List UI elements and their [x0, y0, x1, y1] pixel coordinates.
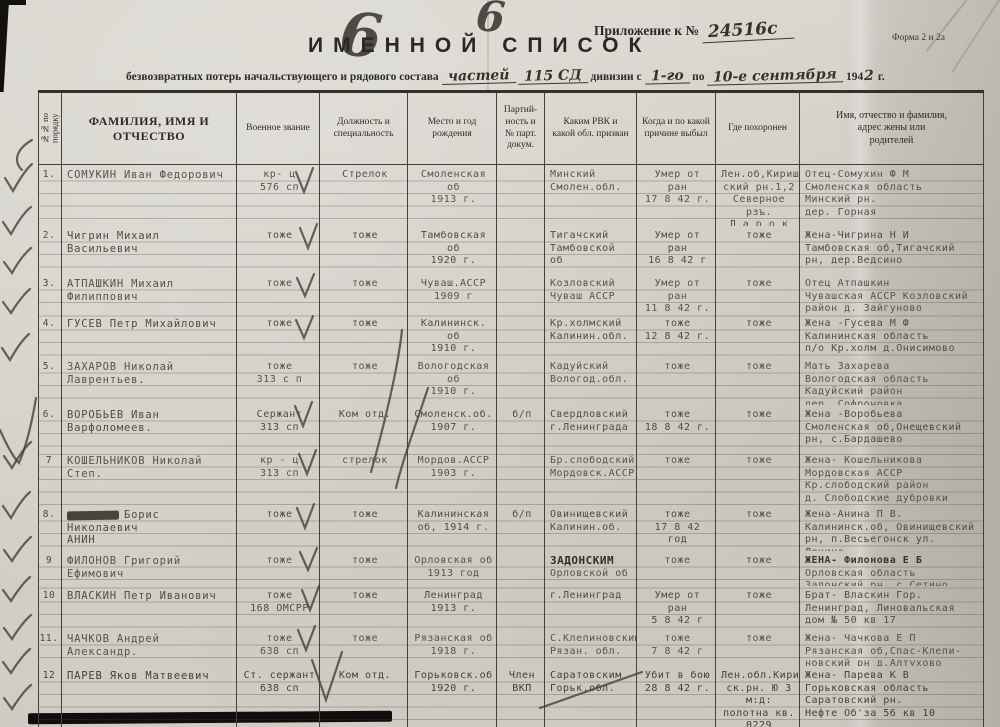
- cell-family-address: Отец Атпашкин Чувашская АССР Козловский …: [800, 274, 984, 314]
- cell-rank: тоже: [237, 274, 320, 314]
- cell-name: ВОРОБЬЕВ Иван Варфоломеев.: [62, 405, 237, 451]
- cell-party: [497, 629, 545, 666]
- header-rvk: Каким РВК и какой обл. призван: [545, 93, 637, 164]
- margin-check-mark: [3, 577, 30, 601]
- cell-party: [497, 551, 545, 586]
- table-row: 1. СОМУКИН Иван Федорович кр- ц 576 сп С…: [38, 165, 984, 226]
- header-family-address: Имя, отчество и фамилия, адрес жены или …: [800, 93, 984, 164]
- subtitle-printed: безвозвратных потерь начальствующего и р…: [126, 71, 439, 83]
- header-duty: Должность и специальность: [320, 93, 408, 164]
- cell-name: АТПАШКИН Михаил Филиппович: [62, 274, 237, 314]
- header-number-label: №№ по порядку: [41, 113, 60, 144]
- subtitle-printed: по: [692, 71, 704, 83]
- cell-birthplace: Смоленская об 1913 г.: [408, 165, 497, 226]
- attachment-number-handwritten: 24516с: [702, 18, 794, 44]
- cell-when-lost: тоже: [637, 551, 716, 586]
- cell-duty: стрелок: [320, 451, 408, 505]
- cell-number: 12: [38, 666, 62, 727]
- scan-edge-top: [0, 0, 26, 5]
- cell-when-lost: тоже 18 8 42 г.: [637, 405, 716, 451]
- page-subtitle: безвозвратных потерь начальствующего и р…: [126, 69, 886, 84]
- margin-check-mark: [3, 492, 30, 518]
- cell-rvk: Тигачский Тамбовской об: [545, 226, 637, 274]
- cell-when-lost: тоже 17 8 42 год: [637, 505, 716, 551]
- cell-rvk: Кадуйский Вологод.обл.: [545, 357, 637, 405]
- margin-check-mark: [3, 289, 30, 313]
- cell-name: КОШЕЛЬНИКОВ Николай Степ.: [62, 451, 237, 505]
- margin-check-mark: [5, 164, 32, 191]
- cell-rank: тоже: [237, 505, 320, 551]
- cell-when-lost: Умер от ран 16 8 42 г: [637, 226, 716, 274]
- margin-check-mark: [4, 248, 31, 273]
- subtitle-printed: дивизии с: [591, 71, 642, 83]
- cell-birthplace: Рязанская об 1918 г.: [408, 629, 497, 666]
- cell-name: ФИЛОНОВ Григорий Ефимович: [62, 551, 237, 586]
- cell-party: [497, 314, 545, 357]
- subtitle-handwritten-date-from: 1-го: [644, 68, 689, 84]
- header-rank: Военное звание: [237, 93, 320, 164]
- cell-number: 10: [38, 586, 62, 629]
- cell-burial: тоже: [716, 314, 800, 357]
- subtitle-printed: 194: [846, 71, 863, 83]
- cell-duty: тоже: [320, 505, 408, 551]
- table-row: 2. Чигрин Михаил Васильевич тоже тоже Та…: [38, 226, 984, 274]
- cell-birthplace: Ленинград 1913 г.: [408, 586, 497, 629]
- cell-rank: кр - ц 313 сп: [237, 451, 320, 505]
- cell-when-lost: Убит в бою 28 8 42 г.: [637, 666, 716, 727]
- cell-number: 8.: [38, 505, 62, 551]
- cell-rvk: г.Ленинград: [545, 586, 637, 629]
- form-label: Форма 2 и 2а: [892, 33, 945, 43]
- cell-rvk: Овинищевский Калинин.об.: [545, 505, 637, 551]
- header-party: Партий- ность и № парт. докум.: [497, 93, 545, 164]
- cell-burial: тоже: [716, 226, 800, 274]
- cell-number: 2.: [38, 226, 62, 274]
- cell-name: ПАРЕВ Яков Матвеевич: [62, 666, 237, 727]
- cell-burial: тоже: [716, 551, 800, 586]
- cell-burial: тоже: [716, 629, 800, 666]
- cell-family-address: Отец-Сомухин Ф М Смоленская область Минс…: [800, 165, 984, 226]
- cell-birthplace: Мордов.АССР 1903 г.: [408, 451, 497, 505]
- cell-name: ЧАЧКОВ Андрей Александр.: [62, 629, 237, 666]
- cell-family-address: Брат- Власкин Гор. Ленинград, Линовальск…: [800, 586, 984, 629]
- cell-birthplace: Калининская об, 1914 г.: [408, 505, 497, 551]
- cell-family-address: Жена-Чигрина Н И Тамбовская об,Тигачский…: [800, 226, 984, 274]
- table-row: 9 ФИЛОНОВ Григорий Ефимович тоже тоже Ор…: [38, 551, 984, 586]
- cell-number: 6.: [38, 405, 62, 451]
- cell-party: [497, 586, 545, 629]
- cell-rank: тоже: [237, 314, 320, 357]
- cell-duty: тоже: [320, 629, 408, 666]
- cell-when-lost: тоже 12 8 42 г.: [637, 314, 716, 357]
- cell-party: [497, 226, 545, 274]
- cell-rvk: Минский Смолен.обл.: [545, 165, 637, 226]
- cell-when-lost: тоже: [637, 357, 716, 405]
- cell-family-address: Жена- Парева К В Горьковская область Сар…: [800, 666, 984, 727]
- cell-rank: кр- ц 576 сп: [237, 165, 320, 226]
- cell-number: 5.: [38, 357, 62, 405]
- cell-birthplace: Горьковск.об 1920 г.: [408, 666, 497, 727]
- margin-curl-mark: [17, 140, 32, 170]
- table-row: 3. АТПАШКИН Михаил Филиппович тоже тоже …: [38, 274, 984, 314]
- cell-rank: тоже 168 ОМСРР: [237, 586, 320, 629]
- cell-rvk: ЗАДОНСКИМ Орловской об: [545, 551, 637, 586]
- cell-name: СОМУКИН Иван Федорович: [62, 165, 237, 226]
- cell-burial: тоже: [716, 586, 800, 629]
- cell-when-lost: Умер от ран 5 8 42 г: [637, 586, 716, 629]
- cell-party: [497, 165, 545, 226]
- cell-rvk: Кр.холмский Калинин.обл.: [545, 314, 637, 357]
- subtitle-handwritten-year-digit: 2: [863, 69, 875, 83]
- cell-when-lost: Умер от ран 11 8 42 г.: [637, 274, 716, 314]
- margin-check-mark thick: [2, 334, 29, 360]
- cell-rank: тоже 638 сп: [237, 629, 320, 666]
- cell-family-address: Жена-Анина П В. Калининск.об, Овинищевск…: [800, 505, 984, 551]
- cell-birthplace: Орловская об 1913 год: [408, 551, 497, 586]
- cell-party: б/п: [497, 405, 545, 451]
- cell-rank: тоже 313 с п: [237, 357, 320, 405]
- cell-family-address: Жена- Чачкова Е П Рязанская об,Спас-Клеп…: [800, 629, 984, 666]
- document-sheet: 6 6 Приложение к № 24516с Форма 2 и 2а И…: [0, 0, 1000, 727]
- cell-burial: тоже: [716, 451, 800, 505]
- margin-check-mark: [4, 442, 31, 468]
- header-when-lost: Когда и по какой причине выбыл: [637, 93, 716, 164]
- cell-duty: Ком отд.: [320, 666, 408, 727]
- cell-birthplace: Чуваш.АССР 1909 г: [408, 274, 497, 314]
- table-row: 8. Борис Николаевич АНИН тоже тоже Калин…: [38, 505, 984, 551]
- header-number: №№ по порядку: [38, 93, 62, 164]
- scan-edge-left: [0, 0, 9, 92]
- table-row: 7 КОШЕЛЬНИКОВ Николай Степ. кр - ц 313 с…: [38, 451, 984, 505]
- cell-rvk: Свердловский г.Ленинграда: [545, 405, 637, 451]
- cell-burial: тоже: [716, 405, 800, 451]
- subtitle-handwritten-date-to: 10-е сентября: [707, 67, 843, 86]
- table-row: 12 ПАРЕВ Яков Матвеевич Ст. сержант 638 …: [38, 666, 984, 727]
- strikeout-smudge: [67, 510, 119, 520]
- cell-rvk: Бр.слободский Мордовск.АССР: [545, 451, 637, 505]
- cell-rank: тоже: [237, 551, 320, 586]
- cell-rvk: Козловский Чуваш АССР: [545, 274, 637, 314]
- cell-rvk: Саратовским Горьк.обл.: [545, 666, 637, 727]
- margin-check-mark: [3, 649, 30, 673]
- cell-burial: тоже: [716, 357, 800, 405]
- cell-burial: тоже: [716, 505, 800, 551]
- cell-number: 7: [38, 451, 62, 505]
- margin-check-mark: [4, 615, 31, 639]
- table-row: 11. ЧАЧКОВ Андрей Александр. тоже 638 сп…: [38, 629, 984, 666]
- cell-name: Борис Николаевич АНИН: [62, 505, 237, 551]
- page-title: ИМЕННОЙ СПИСОК: [308, 34, 651, 58]
- header-burial: Где похоронен: [716, 93, 800, 164]
- table-row: 6. ВОРОБЬЕВ Иван Варфоломеев. Сержант 31…: [38, 405, 984, 451]
- margin-check-mark thick: [0, 398, 36, 463]
- cell-number: 9: [38, 551, 62, 586]
- cell-name: Чигрин Михаил Васильевич: [62, 226, 237, 274]
- subtitle-printed: г.: [878, 71, 885, 83]
- cell-duty: Стрелок: [320, 165, 408, 226]
- cell-rank: тоже: [237, 226, 320, 274]
- cell-burial: тоже: [716, 274, 800, 314]
- cell-family-address: Жена- Кошельникова Мордовская АССР Кр.сл…: [800, 451, 984, 505]
- cell-when-lost: тоже: [637, 451, 716, 505]
- cell-birthplace: Тамбовская об 1920 г.: [408, 226, 497, 274]
- casualty-table: №№ по порядку ФАМИЛИЯ, ИМЯ И ОТЧЕСТВО Во…: [38, 90, 984, 727]
- cell-duty: Ком отд.: [320, 405, 408, 451]
- cell-duty: тоже: [320, 551, 408, 586]
- cell-family-address: ЖЕНА- Филонова Е Б Орловская область Зад…: [800, 551, 984, 586]
- table-body: 1. СОМУКИН Иван Федорович кр- ц 576 сп С…: [38, 165, 984, 727]
- cell-party: [497, 274, 545, 314]
- cell-number: 4.: [38, 314, 62, 357]
- cell-birthplace: Смоленск.об. 1907 г.: [408, 405, 497, 451]
- cell-name: ВЛАСКИН Петр Иванович: [62, 586, 237, 629]
- table-row: 10 ВЛАСКИН Петр Иванович тоже 168 ОМСРР …: [38, 586, 984, 629]
- cell-name: ЗАХАРОВ Николай Лаврентьев.: [62, 357, 237, 405]
- margin-check-mark: [4, 685, 31, 709]
- cell-number: 11.: [38, 629, 62, 666]
- subtitle-handwritten-division: 115 СД: [518, 68, 588, 85]
- cell-family-address: Жена -Воробьева Смоленская об,Онещевский…: [800, 405, 984, 451]
- cell-name: ГУСЕВ Петр Михайлович: [62, 314, 237, 357]
- cell-number: 1.: [38, 165, 62, 226]
- cell-birthplace: Калининск. об 1910 г.: [408, 314, 497, 357]
- cell-birthplace: Вологодская об 1910 г.: [408, 357, 497, 405]
- header-birthplace: Место и год рождения: [408, 93, 497, 164]
- cell-family-address: Жена -Гусева М Ф Калининская область п/о…: [800, 314, 984, 357]
- cell-family-address: Мать Захарева Вологодская область Кадуйс…: [800, 357, 984, 405]
- cell-duty: тоже: [320, 357, 408, 405]
- fold-line: [926, 0, 968, 52]
- cell-rank: Сержант 313 сп: [237, 405, 320, 451]
- table-header-row: №№ по порядку ФАМИЛИЯ, ИМЯ И ОТЧЕСТВО Во…: [38, 90, 984, 165]
- cell-party: Член ВКП: [497, 666, 545, 727]
- cell-when-lost: тоже 7 8 42 г: [637, 629, 716, 666]
- subtitle-handwritten-unit: частей: [441, 68, 515, 85]
- header-name: ФАМИЛИЯ, ИМЯ И ОТЧЕСТВО: [62, 93, 237, 164]
- cell-party: [497, 451, 545, 505]
- cell-burial: Лен.об,Кириш- ский рн.1,2 Северное рзъ. …: [716, 165, 800, 226]
- cell-duty: тоже: [320, 586, 408, 629]
- cell-party: [497, 357, 545, 405]
- table-row: 5. ЗАХАРОВ Николай Лаврентьев. тоже 313 …: [38, 357, 984, 405]
- cell-rvk: С.Клепиновским Рязан. обл.: [545, 629, 637, 666]
- margin-check-mark: [4, 537, 31, 561]
- cell-when-lost: Умер от ран 17 8 42 г.: [637, 165, 716, 226]
- cell-duty: тоже: [320, 274, 408, 314]
- table-row: 4. ГУСЕВ Петр Михайлович тоже тоже Калин…: [38, 314, 984, 357]
- margin-check-mark: [3, 207, 31, 234]
- cell-duty: тоже: [320, 226, 408, 274]
- cell-burial: Лен.обл.Кириш- ск.рн. Ю 3 м:д: полотна к…: [716, 666, 800, 727]
- cell-party: б/п: [497, 505, 545, 551]
- cell-number: 3.: [38, 274, 62, 314]
- cell-duty: тоже: [320, 314, 408, 357]
- cell-rank: Ст. сержант 638 сп: [237, 666, 320, 727]
